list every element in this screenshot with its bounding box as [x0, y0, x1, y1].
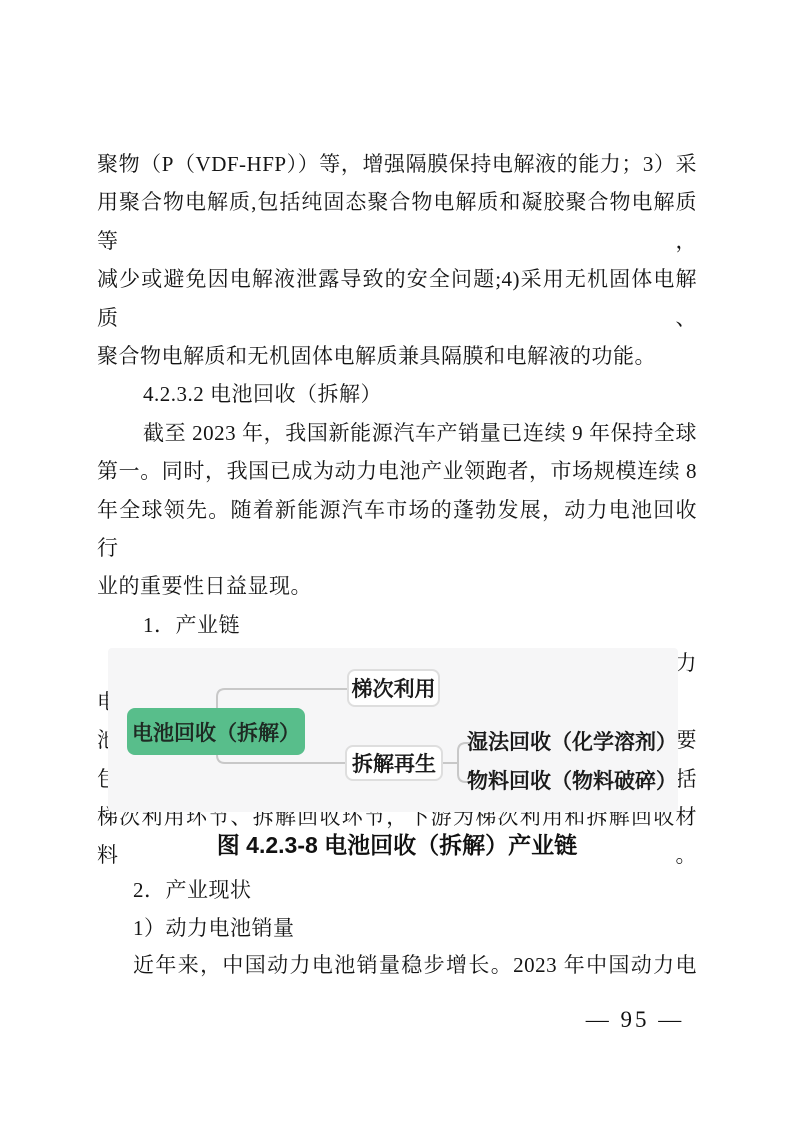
body-line: 聚合物电解质和无机固体电解质兼具隔膜和电解液的功能。 [97, 337, 697, 375]
body-line: 业的重要性日益显现。 [97, 567, 697, 605]
body-line: 用聚合物电解质,包括纯固态聚合物电解质和凝胶聚合物电解质等， [97, 183, 697, 260]
diagram-node-tiered-use: 梯次利用 [347, 669, 440, 707]
diagram-node-battery-recycling: 电池回收（拆解） [127, 708, 305, 755]
list-heading-industry-status: 2．产业现状 [133, 871, 252, 909]
body-line: 截至 2023 年，我国新能源汽车产销量已连续 9 年保持全球 [97, 414, 697, 452]
figure-industry-chain-diagram: 电池回收（拆解） 梯次利用 拆解再生 湿法回收（化学溶剂） 物料回收（物料破碎） [108, 648, 678, 812]
body-line: 减少或避免因电解液泄露导致的安全问题;4)采用无机固体电解质、 [97, 260, 697, 337]
subheading-battery-sales: 1）动力电池销量 [133, 909, 295, 947]
diagram-leaf-wet-recovery: 湿法回收（化学溶剂） [467, 730, 677, 756]
body-line: 近年来，中国动力电池销量稳步增长。2023 年中国动力电 [133, 946, 697, 984]
body-line: 第一。同时，我国已成为动力电池产业领跑者，市场规模连续 8 [97, 452, 697, 490]
diagram-node-dismantle-regeneration: 拆解再生 [345, 745, 443, 781]
list-heading-industry-chain: 1．产业链 [97, 606, 697, 644]
figure-caption: 图 4.2.3-8 电池回收（拆解）产业链 [0, 830, 794, 860]
body-line: 聚物（P（VDF-HFP））等，增强隔膜保持电解液的能力；3）采 [97, 145, 697, 183]
section-heading: 4.2.3.2 电池回收（拆解） [97, 375, 697, 413]
page-number: — 95 — [560, 1006, 710, 1034]
body-line: 年全球领先。随着新能源汽车市场的蓬勃发展，动力电池回收行 [97, 491, 697, 568]
document-page: 聚物（P（VDF-HFP））等，增强隔膜保持电解液的能力；3）采 用聚合物电解质… [0, 0, 794, 1122]
diagram-leaf-material-recovery: 物料回收（物料破碎） [467, 769, 677, 795]
